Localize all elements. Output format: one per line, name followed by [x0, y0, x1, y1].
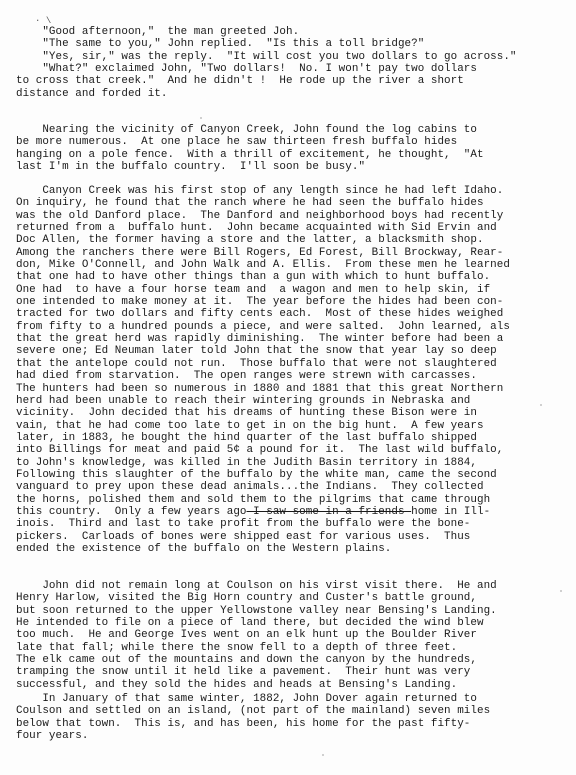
text-line: four years. [16, 730, 490, 742]
text-line: pickers. Carloads of bones were shipped … [16, 531, 510, 543]
text-line: Nearing the vicinity of Canyon Creek, Jo… [16, 124, 484, 136]
paragraph-buffalo-history: Canyon Creek was his first stop of any l… [16, 185, 510, 555]
paper-speck [560, 590, 562, 592]
text-line: vicinity. John decided that his dreams o… [16, 407, 510, 419]
text-line: On inquiry, he found that the ranch wher… [16, 197, 510, 209]
text-line: late that fall; while there the snow fel… [16, 642, 497, 654]
text-line: the horns, polished them and sold them t… [16, 494, 510, 506]
text-line: into Billings for meat and paid 5¢ a pou… [16, 444, 510, 456]
text-line: inois. Third and last to take profit fro… [16, 518, 510, 530]
text-line: Doc Allen, the former having a store and… [16, 234, 510, 246]
text-line: tramping the snow until it held like a p… [16, 666, 497, 678]
text-line: Coulson and settled on an island, (not p… [16, 705, 490, 717]
text-line: to cross that creek." And he didn't ! He… [16, 75, 517, 87]
text-line: below that town. This is, and has been, … [16, 718, 490, 730]
text-line: The hunters had been so numerous in 1880… [16, 383, 510, 395]
text-line: that one had to have other things than a… [16, 271, 510, 283]
text-line: "Good afternoon," the man greeted Joh. [16, 26, 517, 38]
text-line: that the great herd was rapidly diminish… [16, 333, 510, 345]
text-line: ended the existence of the buffalo on th… [16, 543, 510, 555]
text-line: Following this slaughter of the buffalo … [16, 469, 510, 481]
text-segment: home in Ill- [411, 506, 490, 518]
text-line: Canyon Creek was his first stop of any l… [16, 185, 510, 197]
text-line: be more numerous. At one place he saw th… [16, 136, 484, 148]
text-line: to John's knowledge, was killed in the J… [16, 457, 510, 469]
text-line: John did not remain long at Coulson on h… [16, 580, 497, 592]
text-line: that the antelope could not run. Those b… [16, 358, 510, 370]
text-line: "Yes, sir," was the reply. "It will cost… [16, 51, 517, 63]
text-line: but soon returned to the upper Yellowsto… [16, 605, 497, 617]
text-line: this country. Only a few years ago I saw… [16, 506, 510, 518]
text-line: too much. He and George Ives went on an … [16, 629, 497, 641]
text-line: later, in 1883, he bought the hind quart… [16, 432, 510, 444]
paragraph-coulson-visit: John did not remain long at Coulson on h… [16, 580, 497, 691]
text-line: Henry Harlow, visited the Big Horn count… [16, 592, 497, 604]
paragraph-settling: In January of that same winter, 1882, Jo… [16, 693, 490, 742]
text-segment: this country. Only a few years ago [16, 506, 247, 518]
paper-speck [540, 404, 542, 406]
paper-speck [200, 117, 202, 119]
text-line: distance and forded it. [16, 88, 517, 100]
text-line: vain, that he had come too late to get i… [16, 420, 510, 432]
text-line: had died from starvation. The open range… [16, 370, 510, 382]
text-line: herd had been unable to reach their wint… [16, 395, 510, 407]
typewritten-page: · \ "Good afternoon," the man greeted Jo… [0, 0, 576, 775]
text-line: tracted for two dollars and fifty cents … [16, 308, 510, 320]
text-line: "The same to you," John replied. "Is thi… [16, 38, 517, 50]
paper-speck [322, 754, 324, 756]
text-line: successful, and they sold the hides and … [16, 679, 497, 691]
text-line: severe one; Ed Neuman later told John th… [16, 345, 510, 357]
text-line: vanguard to prey upon these dead animals… [16, 481, 510, 493]
text-line: In January of that same winter, 1882, Jo… [16, 693, 490, 705]
text-line: last I'm in the buffalo country. I'll so… [16, 161, 484, 173]
text-line: one intended to make money at it. The ye… [16, 296, 510, 308]
text-line: hanging on a pole fence. With a thrill o… [16, 149, 484, 161]
text-line: from fifty to a hundred pounds a piece, … [16, 321, 510, 333]
paragraph-canyon-creek-arrival: Nearing the vicinity of Canyon Creek, Jo… [16, 124, 484, 173]
text-line: was the old Danford place. The Danford a… [16, 210, 510, 222]
text-line: One had to have a four horse team and a … [16, 284, 510, 296]
paragraph-dialogue: "Good afternoon," the man greeted Joh. "… [16, 26, 517, 100]
text-line: don, Mike O'Connell, and John Walk and A… [16, 259, 510, 271]
text-line: "What?" exclaimed John, "Two dollars! No… [16, 63, 517, 75]
struck-out-text: I saw some in a friends [247, 506, 412, 518]
text-line: Among the ranchers there were Bill Roger… [16, 247, 510, 259]
text-line: returned from a buffalo hunt. John becam… [16, 222, 510, 234]
text-line: The elk came out of the mountains and do… [16, 654, 497, 666]
text-line: He intended to file on a piece of land t… [16, 617, 497, 629]
